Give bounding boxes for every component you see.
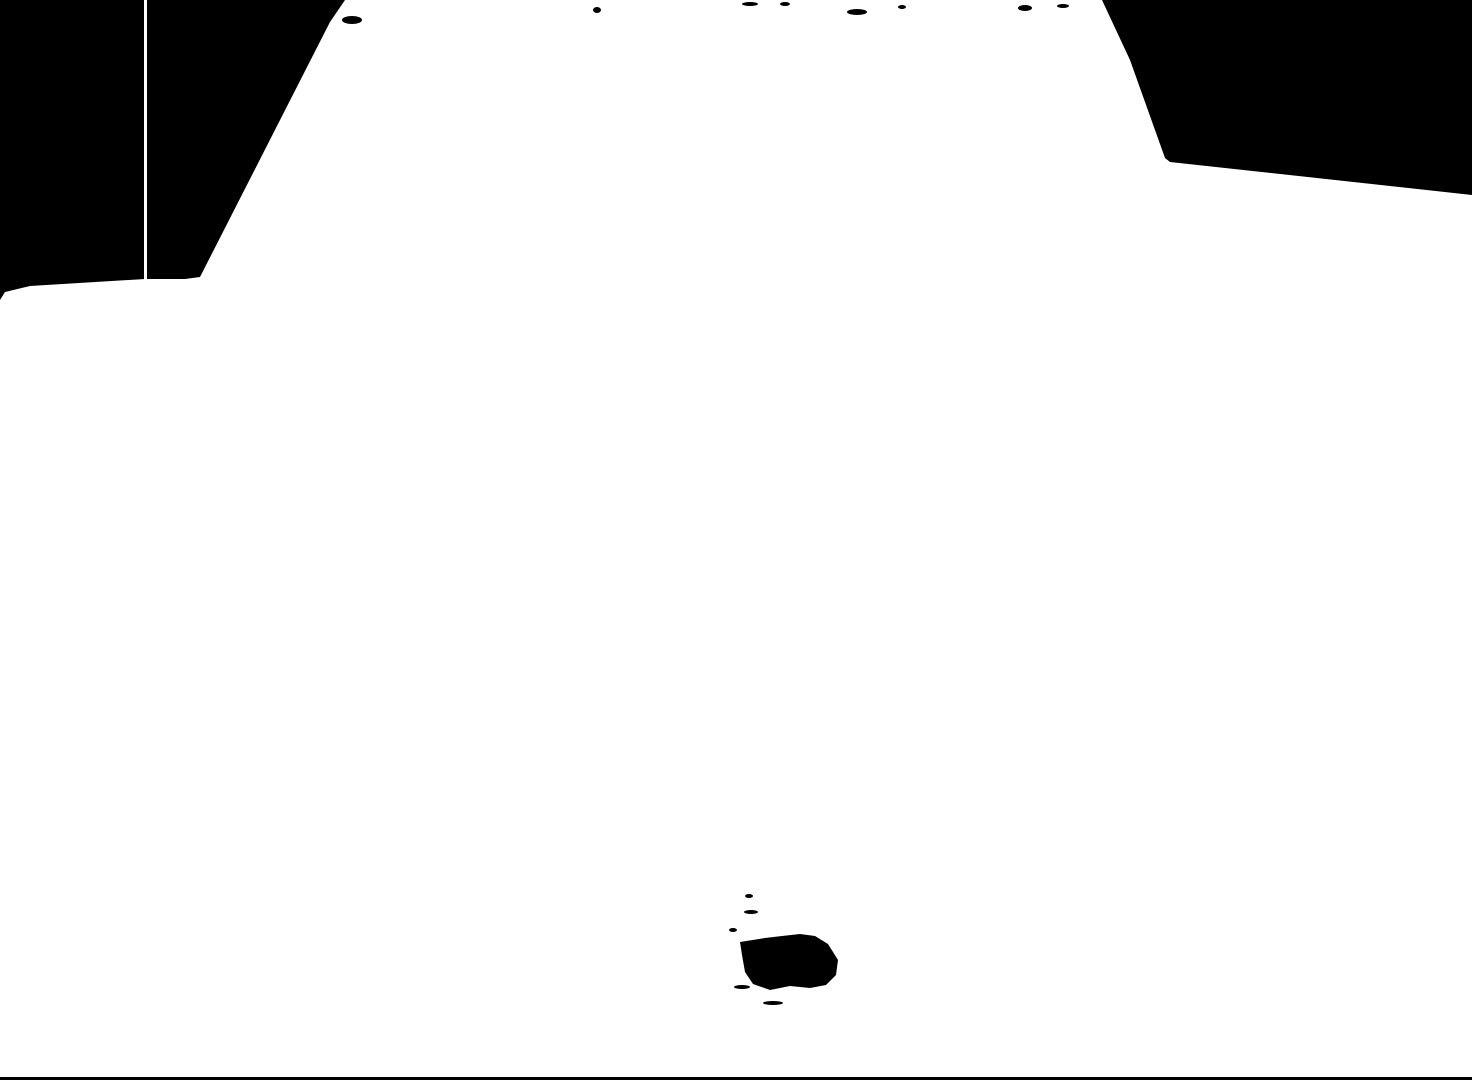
vertical-line [144, 0, 147, 279]
dark-blob [740, 934, 838, 990]
photo-scene [0, 0, 1472, 1080]
